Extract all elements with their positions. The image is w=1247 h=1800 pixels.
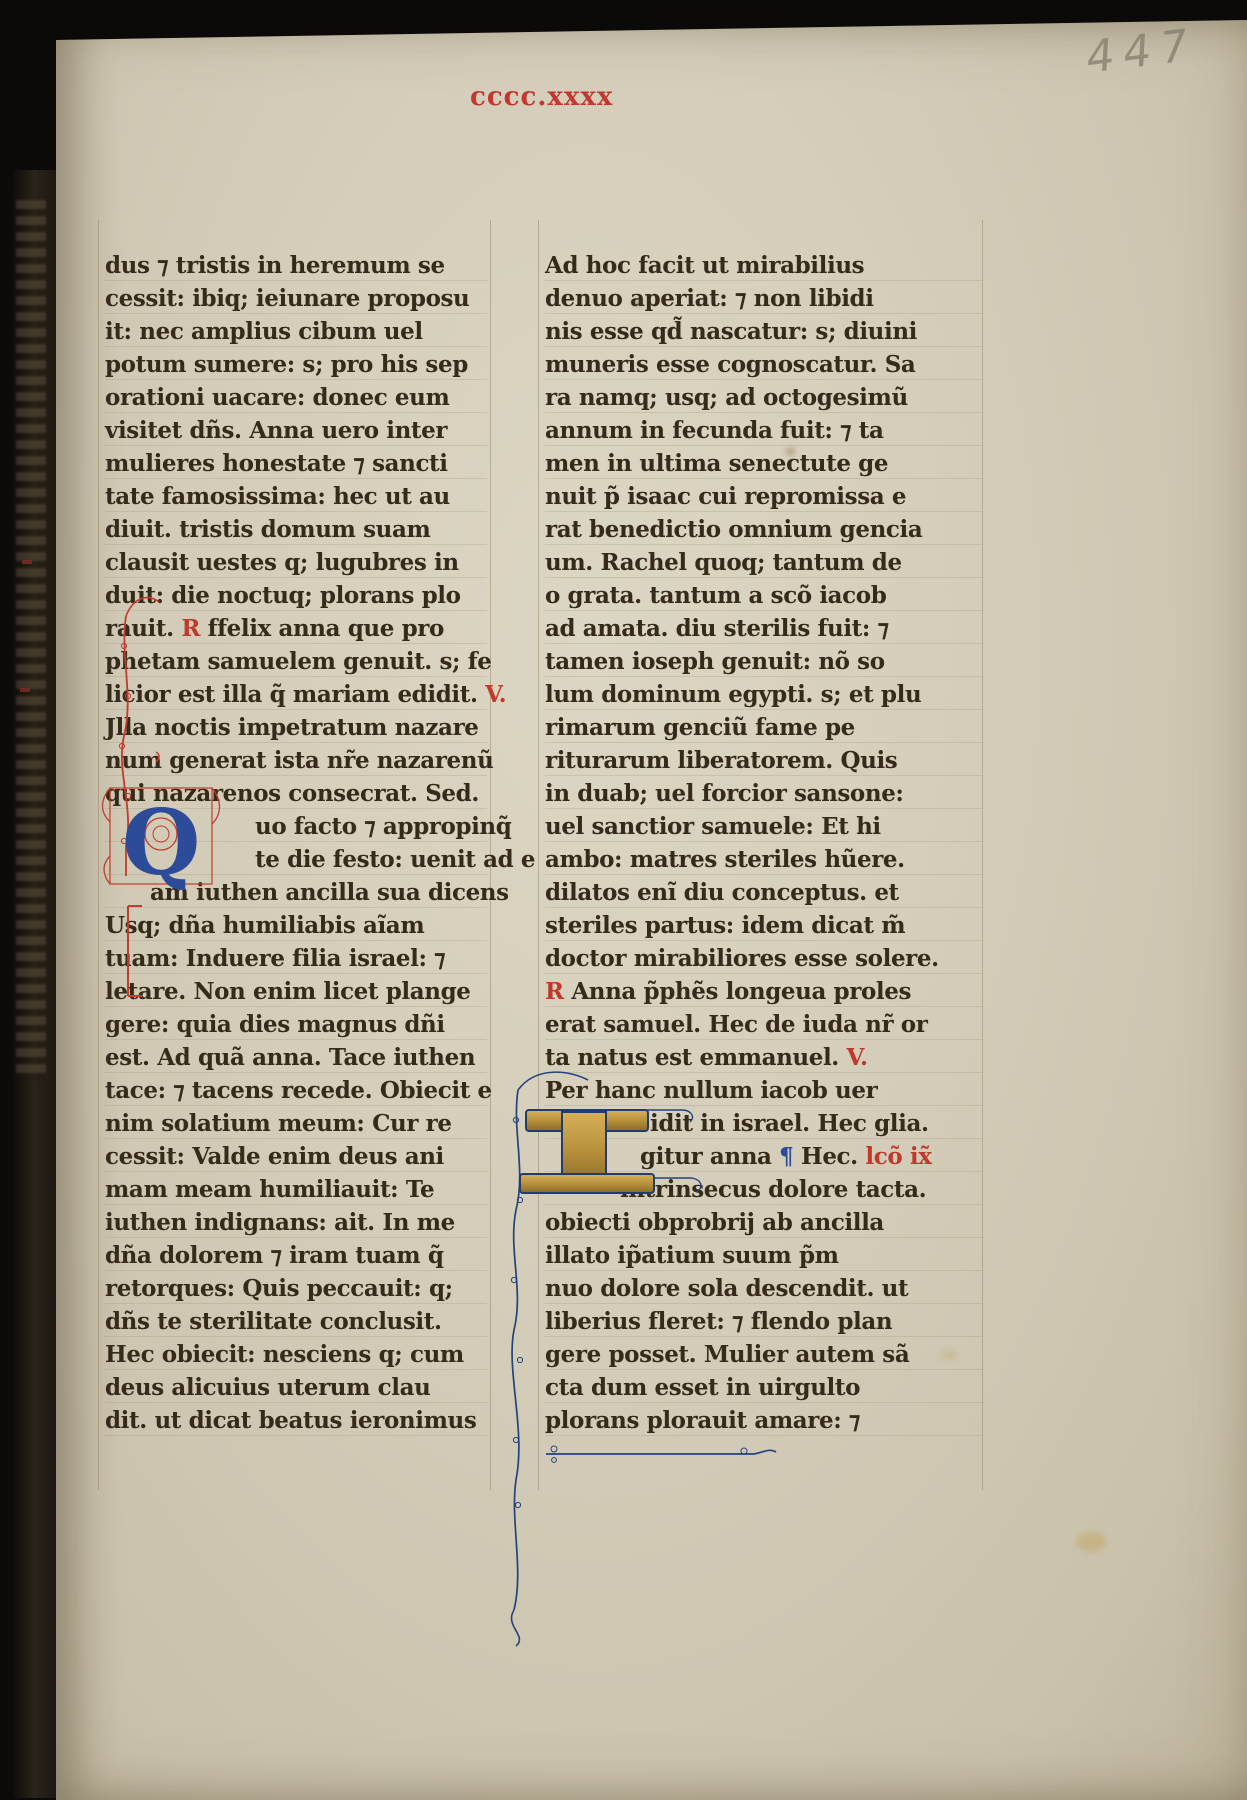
gutter-page-edge [12, 170, 62, 1798]
body-text: est. Ad quã anna. Tace iuthen [105, 1044, 475, 1071]
rubric-text: V. [485, 681, 506, 708]
text-line: iuthen indignans: ait. In me [105, 1206, 487, 1239]
body-text: ambo: matres steriles hũere. [545, 846, 905, 873]
text-line: Ad hoc facit ut mirabilius [545, 249, 983, 282]
body-text: ad amata. diu sterilis fuit: ⁊ [545, 615, 889, 642]
text-line: cessit: ibiq; ieiunare proposu [105, 282, 487, 315]
text-line: ambo: matres steriles hũere. [545, 843, 983, 876]
body-text: in duab; uel forcior sansone: [545, 780, 904, 807]
parchment-stain [786, 448, 795, 455]
text-line: visitet dñs. Anna uero inter [105, 414, 487, 447]
text-line: denuo aperiat: ⁊ non libidi [545, 282, 983, 315]
text-line: Hec obiecit: nesciens q; cum [105, 1338, 487, 1371]
text-line: potum sumere: s; pro his sep [105, 348, 487, 381]
text-line: mam meam humiliauit: Te [105, 1173, 487, 1206]
body-text: erat samuel. Hec de iuda nr̃ or [545, 1011, 927, 1038]
body-text: uo facto ⁊ appropinq̃ [255, 813, 511, 840]
folio-number-pencil: 447 [1085, 19, 1198, 84]
gutter-red-mark [22, 560, 32, 564]
body-text: ffelix anna que pro [208, 615, 444, 642]
body-text: dñs te sterilitate conclusit. [105, 1308, 442, 1335]
body-text: Ad hoc facit ut mirabilius [545, 252, 864, 279]
rubric-text: lcõ ix̃ [865, 1143, 931, 1170]
text-line: tace: ⁊ tacens recede. Obiecit e [105, 1074, 487, 1107]
body-text: steriles partus: idem dicat m̃ [545, 912, 905, 939]
text-line: mulieres honestate ⁊ sancti [105, 447, 487, 480]
text-line: dilatos enĩ diu conceptus. et [545, 876, 983, 909]
body-text: dit. ut dicat beatus ieronimus [105, 1407, 476, 1434]
rubric-text: R [545, 978, 571, 1005]
body-text: riturarum liberatorem. Quis [545, 747, 897, 774]
text-line: dñs te sterilitate conclusit. [105, 1305, 487, 1338]
text-line: in duab; uel forcior sansone: [545, 777, 983, 810]
body-text: potum sumere: s; pro his sep [105, 351, 468, 378]
body-text: orationi uacare: donec eum [105, 384, 449, 411]
text-line: riturarum liberatorem. Quis [545, 744, 983, 777]
text-line: doctor mirabiliores esse solere. [545, 942, 983, 975]
body-text: denuo aperiat: ⁊ non libidi [545, 285, 874, 312]
body-text: nim solatium meum: Cur re [105, 1110, 452, 1137]
text-line: deus alicuius uterum clau [105, 1371, 487, 1404]
body-text: nuit p̃ isaac cui repromissa e [545, 483, 906, 510]
text-line: dit. ut dicat beatus ieronimus [105, 1404, 487, 1437]
text-line: rimarum genciũ fame pe [545, 711, 983, 744]
body-text: uel sanctior samuele: Et hi [545, 813, 881, 840]
text-line: annum in fecunda fuit: ⁊ ta [545, 414, 983, 447]
text-line: erat samuel. Hec de iuda nr̃ or [545, 1008, 983, 1041]
text-line: um. Rachel quoq; tantum de [545, 546, 983, 579]
body-text: retorques: Quis peccauit: q; [105, 1275, 453, 1302]
body-text: doctor mirabiliores esse solere. [545, 945, 939, 972]
body-text: te die festo: uenit ad e [255, 846, 535, 873]
text-line: nis esse qd̃ nascatur: s; diuini [545, 315, 983, 348]
body-text: dilatos enĩ diu conceptus. et [545, 879, 899, 906]
body-text: visitet dñs. Anna uero inter [105, 417, 447, 444]
text-line: rat benedictio omnium gencia [545, 513, 983, 546]
body-text: Hec obiecit: nesciens q; cum [105, 1341, 464, 1368]
body-text: annum in fecunda fuit: ⁊ ta [545, 417, 884, 444]
text-line: orationi uacare: donec eum [105, 381, 487, 414]
body-text: tace: ⁊ tacens recede. Obiecit e [105, 1077, 492, 1104]
body-text: clausit uestes q; lugubres in [105, 549, 459, 576]
red-penwork-margin: Q [64, 576, 234, 1046]
text-line: R Anna p̃phẽs longeua proles [545, 975, 983, 1008]
text-line: cessit: Valde enim deus ani [105, 1140, 487, 1173]
body-text: tamen ioseph genuit: nõ so [545, 648, 885, 675]
text-line: lum dominum egypti. s; et plu [545, 678, 983, 711]
text-line: nuit p̃ isaac cui repromissa e [545, 480, 983, 513]
body-text: men in ultima senectute ge [545, 450, 888, 477]
body-text: tate famosissima: hec ut au [105, 483, 450, 510]
body-text: iuthen indignans: ait. In me [105, 1209, 455, 1236]
text-line: retorques: Quis peccauit: q; [105, 1272, 487, 1305]
text-line: uel sanctior samuele: Et hi [545, 810, 983, 843]
body-text: dus ⁊ tristis in heremum se [105, 252, 445, 279]
text-line: clausit uestes q; lugubres in [105, 546, 487, 579]
body-text: cessit: ibiq; ieiunare proposu [105, 285, 469, 312]
body-text: it: nec amplius cibum uel [105, 318, 423, 345]
parchment-stain [941, 1350, 957, 1360]
text-line: steriles partus: idem dicat m̃ [545, 909, 983, 942]
body-text: diuit. tristis domum suam [105, 516, 430, 543]
text-line: nim solatium meum: Cur re [105, 1107, 487, 1140]
text-line: ad amata. diu sterilis fuit: ⁊ [545, 612, 983, 645]
parchment-stain [1076, 1532, 1106, 1552]
text-line: tamen ioseph genuit: nõ so [545, 645, 983, 678]
text-line: it: nec amplius cibum uel [105, 315, 487, 348]
text-line: o grata. tantum a scõ iacob [545, 579, 983, 612]
body-text: o grata. tantum a scõ iacob [545, 582, 886, 609]
text-line: dus ⁊ tristis in heremum se [105, 249, 487, 282]
text-line: diuit. tristis domum suam [105, 513, 487, 546]
folio-heading-roman: cccc.xxxx [470, 82, 613, 112]
body-text: lum dominum egypti. s; et plu [545, 681, 921, 708]
parchment-page: cccc.xxxx 447 dus ⁊ tristis in heremum s… [56, 20, 1247, 1800]
body-text: ra namq; usq; ad octogesimũ [545, 384, 908, 411]
rubric-text: V. [847, 1044, 868, 1071]
body-text: cessit: Valde enim deus ani [105, 1143, 444, 1170]
body-text: Hec. [793, 1143, 865, 1170]
text-line: ra namq; usq; ad octogesimũ [545, 381, 983, 414]
body-text: Anna p̃phẽs longeua proles [571, 978, 911, 1005]
body-text: dña dolorem ⁊ iram tuam q̃ [105, 1242, 444, 1269]
text-line: men in ultima senectute ge [545, 447, 983, 480]
drop-cap-Q: Q [122, 790, 200, 896]
body-text: rat benedictio omnium gencia [545, 516, 922, 543]
body-text: nis esse qd̃ nascatur: s; diuini [545, 318, 917, 345]
body-text: muneris esse cognoscatur. Sa [545, 351, 915, 378]
body-text: mulieres honestate ⁊ sancti [105, 450, 448, 477]
body-text: deus alicuius uterum clau [105, 1374, 430, 1401]
gutter-red-mark [20, 688, 30, 692]
text-line: muneris esse cognoscatur. Sa [545, 348, 983, 381]
body-text: um. Rachel quoq; tantum de [545, 549, 902, 576]
text-line: dña dolorem ⁊ iram tuam q̃ [105, 1239, 487, 1272]
parchment-stain [634, 300, 641, 306]
manuscript-scan: cccc.xxxx 447 dus ⁊ tristis in heremum s… [0, 0, 1247, 1800]
body-text: mam meam humiliauit: Te [105, 1176, 434, 1203]
text-line: tate famosissima: hec ut au [105, 480, 487, 513]
gold-initial-penwork [476, 1050, 796, 1650]
body-text: rimarum genciũ fame pe [545, 714, 855, 741]
